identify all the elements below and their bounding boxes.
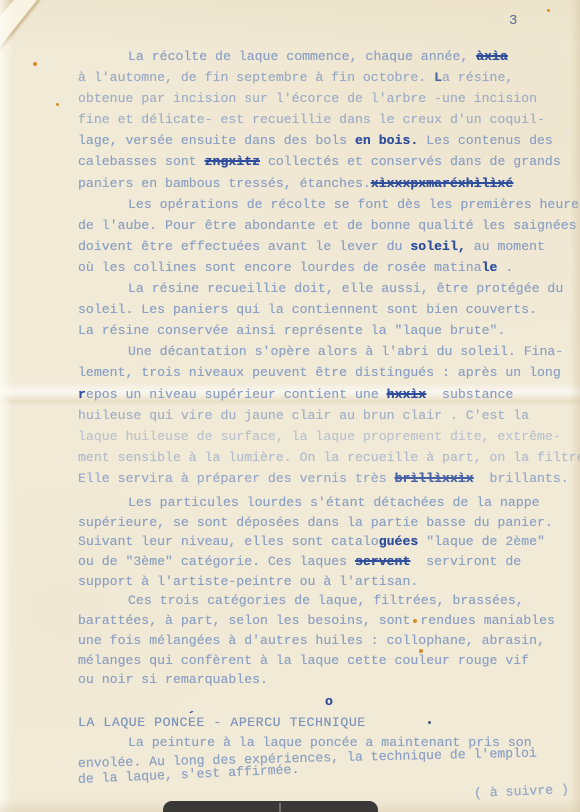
text-segment: au moment (466, 239, 545, 254)
text-line: Les opérations de récolte se font dès le… (78, 194, 580, 215)
text-line: une fois mélangées à d'autres huiles : c… (78, 631, 580, 651)
text-segment: paniers en bambous tressés, étanches. (78, 176, 371, 191)
struck-text: brìllìxxìx (395, 471, 474, 486)
page-number: 3 (509, 13, 517, 29)
overtyped-text: le (482, 260, 498, 275)
text-line: ment sensible à la lumière. On la recuei… (78, 447, 580, 468)
text-line: La récolte de laque commence, chaque ann… (78, 46, 580, 67)
text-segment: Elle servira à préparer des vernis très (78, 471, 395, 486)
text-line: doivent être effectuées avant le lever d… (78, 236, 580, 257)
text-segment: support à l'artiste-peintre ou à l'artis… (78, 574, 418, 589)
text-line: Suivant leur niveau, elles sont catalogu… (78, 532, 580, 552)
text-line: barattées, à part, selon les besoins, so… (78, 611, 580, 631)
text-segment: Les particules lourdes s'étant détachées… (128, 495, 540, 510)
text-segment: collectés et conservés dans de grands (260, 154, 561, 169)
dark-ink-speck (428, 721, 431, 724)
bottom-toolbar-divider (279, 803, 281, 812)
document-text-block-top: La récolte de laque commence, chaque ann… (78, 46, 580, 489)
text-line: supérieure, se sont déposées dans la par… (78, 513, 580, 533)
text-segment: a résine, (442, 70, 513, 85)
text-line: Les particules lourdes s'étant détachées… (78, 493, 580, 513)
text-line: huileuse qui vire du jaune clair au brun… (78, 405, 580, 426)
document-text-block-bottom: oLA LAQUE PONCE´E - APERCU TECHNIQUELa p… (78, 692, 580, 791)
text-line: ou noir si remarquables. (78, 670, 580, 690)
struck-text: zngxìtz (205, 154, 260, 169)
document-text-block-middle: Les particules lourdes s'étant détachées… (78, 493, 580, 690)
orange-ink-speck (33, 62, 37, 66)
text-segment: lement, trois niveaux peuvent être disti… (78, 365, 561, 380)
struck-text: hxxìx (387, 387, 427, 402)
text-segment: de l'aube. Pour être abondante et de bon… (78, 218, 577, 233)
text-segment: huileuse qui vire du jaune clair au brun… (78, 408, 529, 423)
text-segment: lage, versée ensuite dans des bols (78, 133, 355, 148)
text-line: calebasses sont zngxìtz collectés et con… (78, 151, 580, 172)
text-segment: mélanges qui confèrent à la laque cette … (78, 653, 529, 668)
text-segment: . (497, 260, 513, 275)
text-segment: ment sensible à la lumière. On la recuei… (78, 450, 580, 465)
text-line: paniers en bambous tressés, étanches.xìx… (78, 173, 580, 194)
text-line: obtenue par incision sur l'écorce de l'a… (78, 88, 580, 109)
text-segment: rendues maniables (420, 613, 555, 628)
text-line: support à l'artiste-peintre ou à l'artis… (78, 572, 580, 592)
text-line: soleil. Les paniers qui la contiennent s… (78, 299, 580, 320)
text-segment: La résine recueillie doit, elle aussi, ê… (128, 281, 563, 296)
scanned-document-page: 3 La récolte de laque commence, chaque a… (0, 0, 580, 812)
text-segment: epos un niveau supérieur contient une (86, 387, 387, 402)
text-line: ou de "3ème" catégorie. Ces laques serve… (78, 552, 580, 572)
struck-text: àxìa (476, 49, 508, 64)
text-segment: ou noir si remarquables. (78, 672, 268, 687)
text-line: mélanges qui confèrent à la laque cette … (78, 651, 580, 671)
text-segment: serviront de (410, 554, 521, 569)
text-segment: barattées, à part, selon les besoins, so… (78, 613, 410, 628)
text-segment: laque huileuse de surface, la laque prop… (78, 429, 561, 444)
overtyped-text: en bois. (355, 133, 418, 148)
text-segment: "laque de 2ème" (418, 534, 545, 549)
text-line: où les collines sont encore lourdes de r… (78, 257, 580, 278)
text-line: Elle servira à préparer des vernis très … (78, 468, 580, 489)
text-segment: LA LAQUE PONC (78, 715, 188, 730)
text-segment: à l'automne, de fin septembre à fin octo… (78, 70, 434, 85)
text-segment: fine et délicate- est recueillie dans le… (78, 112, 545, 127)
text-segment: substance (426, 387, 513, 402)
text-line: lement, trois niveaux peuvent être disti… (78, 362, 580, 383)
text-segment: Les contenus des (418, 133, 553, 148)
text-line: LA LAQUE PONCE´E - APERCU TECHNIQUE (78, 713, 580, 734)
text-segment: Ces trois catégories de laque, filtrées,… (128, 593, 524, 608)
overtyped-text: L (434, 70, 442, 85)
bottom-toolbar[interactable] (163, 801, 378, 812)
text-segment: Les opérations de récolte se font dès le… (128, 197, 580, 212)
paper-edge-right (570, 0, 580, 812)
paper-edge-left (0, 0, 13, 812)
text-line: repos un niveau supérieur contient une h… (78, 384, 580, 405)
overtyped-text: r (78, 387, 86, 402)
text-segment: Une décantation s'opère alors à l'abri d… (128, 344, 563, 359)
text-line: fine et délicate- est recueillie dans le… (78, 109, 580, 130)
overtyped-text: soleil, (410, 239, 465, 254)
text-line: de l'aube. Pour être abondante et de bon… (78, 215, 580, 236)
text-segment: La récolte de laque commence, chaque ann… (128, 49, 476, 64)
text-line: à l'automne, de fin septembre à fin octo… (78, 67, 580, 88)
text-line: lage, versée ensuite dans des bols en bo… (78, 130, 580, 151)
text-line: La résine recueillie doit, elle aussi, ê… (78, 278, 580, 299)
text-line: o (78, 692, 580, 713)
text-segment: où les collines sont encore lourdes de r… (78, 260, 482, 275)
orange-ink-speck (419, 649, 423, 653)
text-line: Une décantation s'opère alors à l'abri d… (78, 341, 580, 362)
overtyped-text: guées (379, 534, 419, 549)
text-segment: E - APERCU TECHNIQUE (197, 715, 366, 730)
text-segment: brillants. (474, 471, 569, 486)
text-line: Ces trois catégories de laque, filtrées,… (78, 591, 580, 611)
text-segment: une fois mélangées à d'autres huiles : c… (78, 633, 545, 648)
orange-ink-speck (56, 103, 59, 106)
text-segment: La résine conservée ainsi représente la … (78, 323, 505, 338)
text-segment: soleil. Les paniers qui la contiennent s… (78, 302, 537, 317)
text-segment: obtenue par incision sur l'écorce de l'a… (78, 91, 537, 106)
text-segment: ou de "3ème" catégorie. Ces laques (78, 554, 355, 569)
text-segment: calebasses sont (78, 154, 205, 169)
text-line: La résine conservée ainsi représente la … (78, 320, 580, 341)
struck-text: xìxxxpxmaréxhìlìxé (371, 176, 513, 191)
orange-ink-speck (547, 9, 550, 12)
overtyped-text: o (325, 694, 333, 709)
text-segment: doivent être effectuées avant le lever d… (78, 239, 410, 254)
ink-speck (413, 619, 417, 623)
text-segment: supérieure, se sont déposées dans la par… (78, 515, 553, 530)
struck-text: servent (355, 554, 410, 569)
text-segment: Suivant leur niveau, elles sont catalo (78, 534, 379, 549)
text-line: laque huileuse de surface, la laque prop… (78, 426, 580, 447)
